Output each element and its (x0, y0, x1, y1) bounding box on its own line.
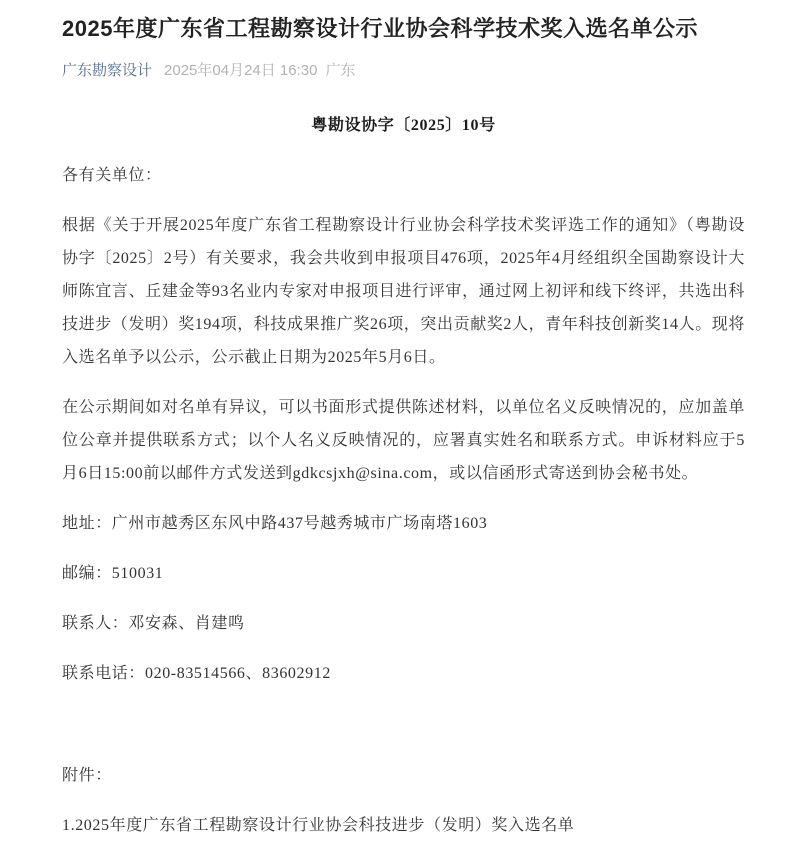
body-paragraph-2: 在公示期间如对名单有异议，可以书面形式提供陈述材料，以单位名义反映情况的，应加盖… (62, 391, 745, 490)
salutation: 各有关单位： (62, 159, 745, 192)
document-number: 粤勘设协字〔2025〕10号 (62, 109, 745, 142)
publish-datetime: 2025年04月24日 16:30 (164, 62, 317, 79)
body-paragraph-1: 根据《关于开展2025年度广东省工程勘察设计行业协会科学技术奖评选工作的通知》（… (62, 209, 745, 374)
attachments-label: 附件： (62, 759, 745, 792)
address-line: 地址：广州市越秀区东风中路437号越秀城市广场南塔1603 (62, 507, 745, 540)
blank-spacer (62, 707, 745, 759)
contact-person-line: 联系人：邓安森、肖建鸣 (62, 607, 745, 640)
attachment-item-1: 1.2025年度广东省工程勘察设计行业协会科技进步（发明）奖入选名单 (62, 809, 745, 842)
postcode-line: 邮编：510031 (62, 557, 745, 590)
publish-region: 广东 (325, 62, 355, 79)
article-body: 粤勘设协字〔2025〕10号 各有关单位： 根据《关于开展2025年度广东省工程… (62, 109, 745, 842)
account-name-link[interactable]: 广东勘察设计 (62, 62, 152, 79)
byline: 广东勘察设计2025年04月24日 16:30广东 (62, 60, 745, 81)
contact-phone-line: 联系电话：020-83514566、83602912 (62, 657, 745, 690)
page-title: 2025年度广东省工程勘察设计行业协会科学技术奖入选名单公示 (62, 14, 745, 45)
article-page: 2025年度广东省工程勘察设计行业协会科学技术奖入选名单公示 广东勘察设计202… (0, 0, 785, 842)
